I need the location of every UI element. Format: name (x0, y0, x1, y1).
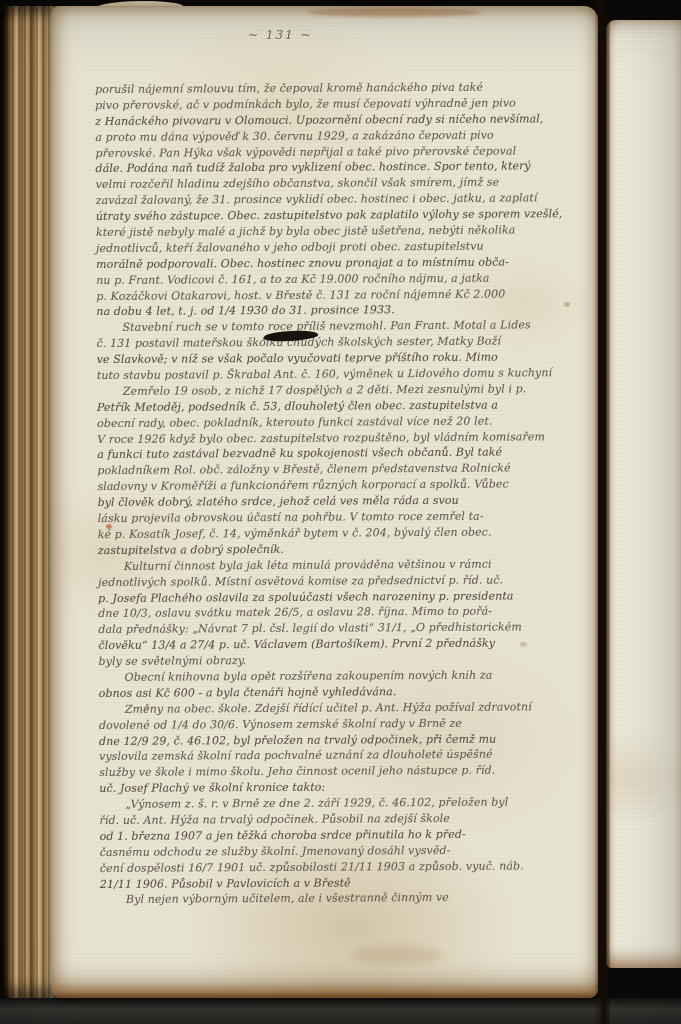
page-number: ~ 131 ~ (248, 28, 313, 42)
manuscript-line: z Hanáckého pivovaru v Olomouci. Upozorn… (95, 111, 600, 130)
book-spine-page-edges (0, 6, 60, 998)
manuscript-line: Byl nejen výborným učitelem, ale i všest… (100, 889, 605, 908)
page-gutter-shadow (594, 0, 610, 1024)
manuscript-lines: porušil nájemní smlouvu tím, že čepoval … (95, 79, 605, 908)
damp-stain (352, 946, 442, 964)
next-page-sliver (606, 20, 681, 968)
top-edge-stain (307, 8, 482, 17)
manuscript-line: Změny na obec. škole. Zdejší řídící učit… (99, 699, 604, 718)
manuscript-page: ~ 131 ~ porušil nájemní smlouvu tím, že … (52, 6, 598, 998)
table-surface (0, 998, 681, 1024)
photo-open-chronicle-book: ~ 131 ~ porušil nájemní smlouvu tím, že … (0, 0, 681, 1024)
page-bottom-worn-edge (52, 982, 598, 998)
manuscript-line: útraty svého zástupce. Obec. zastupitels… (96, 206, 601, 225)
manuscript-line: Zemřelo 19 osob, z nichž 17 dospělých a … (97, 381, 602, 400)
